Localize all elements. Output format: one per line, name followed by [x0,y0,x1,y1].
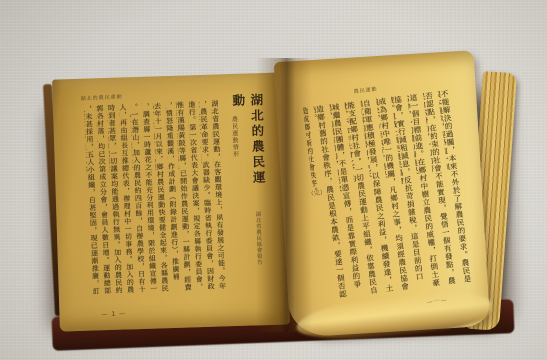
left-running-head: 湖北的農民運動 [81,93,123,102]
photo-of-open-book: 湖北的農民運動 湖北的農民運動 一 農民運動情形 湖北省農民協會報告 湖北省農民… [0,0,547,360]
right-running-head: 農民運動 [353,85,378,95]
left-page-columns: 湖北省農民運動，在客觀環境上，夙有發展之可能。今年自然的大變（旱災），農民革命要… [84,100,226,297]
right-page: 農民運動 不能解決的過關，本來不外於了解農民的要求。農民是根本農畝，要爭這一個否… [274,50,490,338]
left-page: 湖北的農民運動 湖北的農民運動 一 農民運動情形 湖北省農民協會報告 湖北省農民… [52,72,290,331]
right-page-columns: 不能解決的過關，本來不外於了解農民的要求。農民是根本農畝，要爭這一個否認點，在約… [303,90,472,302]
right-page-number: —一— [426,295,448,307]
left-page-number: — 1 — [101,310,126,318]
attribution: 湖北省農民協會報告 [253,211,263,281]
